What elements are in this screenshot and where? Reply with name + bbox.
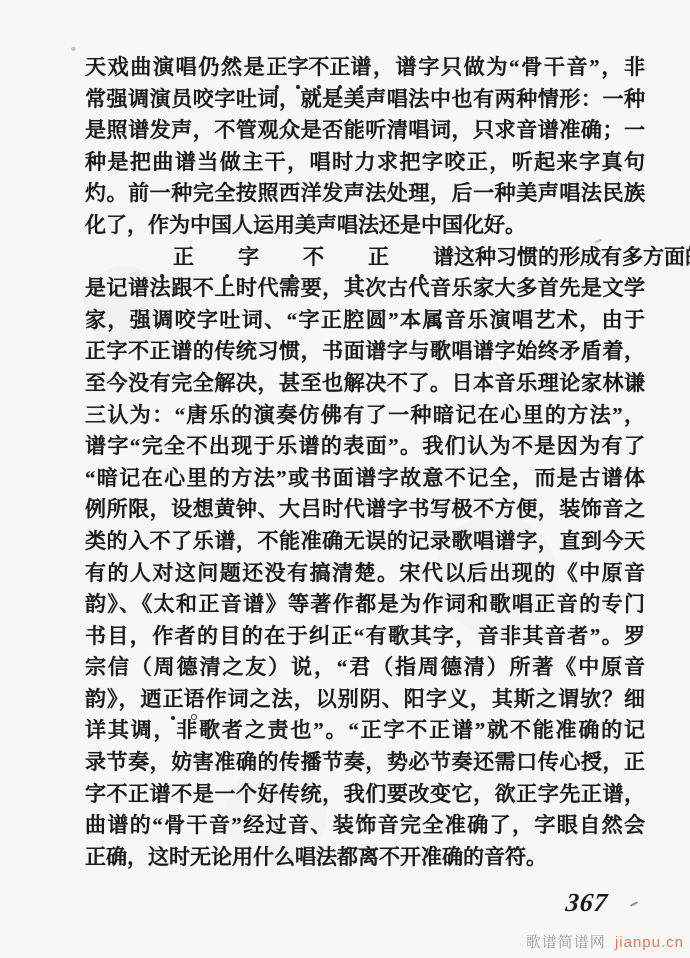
emphasized-char: 字 <box>194 242 259 274</box>
text-line: 录节奏，妨害准确的传播节奏，势必节奏还需口传心授，正 <box>85 747 645 779</box>
text-line: 是记谱法跟不上时代需要，其次古代音乐家大多首先是文学 <box>85 273 645 305</box>
text-line: 宗信（周德清之友）说，“君（指周德清）所著《中原音 <box>85 652 645 684</box>
text-line: 三认为：“唐乐的演奏仿佛有了一种暗记在心里的方法”， <box>85 400 645 432</box>
text-line: 种是把曲谱当做主干，唱时力求把字咬正，听起来字真句 <box>85 147 645 179</box>
text-line: 韵》、《太和正音谱》等著作都是为作词和歌唱正音的专门 <box>85 589 645 621</box>
emphasized-char: 正 <box>329 52 350 84</box>
emphasized-char: 正 <box>129 242 194 274</box>
text-line: 例所限，设想黄钟、大吕时代谱字书写极不方便，装饰音之 <box>85 494 645 526</box>
text-line: 化了，作为中国人运用美声唱法还是中国化好。 <box>85 210 645 242</box>
text-line: 字不正谱不是一个好传统，我们要改变它，欲正字先正谱， <box>85 779 645 811</box>
body-text: 天戏曲演唱仍然是正字不正谱，谱字只做为“骨干音”，非常强调演员咬字吐词，就是美声… <box>85 52 645 873</box>
text-line: 曲谱的“骨干音”经过音、装饰音完全准确了，字眼自然会 <box>85 810 645 842</box>
emphasized-char: 谱 <box>350 52 371 84</box>
text-line: 至今没有完全解决，甚至也解决不了。日本音乐理论家林谦 <box>85 368 645 400</box>
text-line: 有的人对这问题还没有搞清楚。宋代以后出现的《中原音 <box>85 558 645 590</box>
scan-speck <box>71 47 76 51</box>
text-line: 天戏曲演唱仍然是正字不正谱，谱字只做为“骨干音”，非 <box>85 52 645 84</box>
page-number: 367 <box>564 888 609 918</box>
text-line: 家，强调咬字吐词、“字正腔圆”本属音乐演唱艺术，由于 <box>85 305 645 337</box>
text-line: 谱字“完全不出现于乐谱的表面”。我们认为不是因为有了 <box>85 431 645 463</box>
emphasized-char: 正 <box>266 52 287 84</box>
emphasized-char: 字 <box>287 52 308 84</box>
text-line: 灼。前一种完全按照西洋发声法处理，后一种美声唱法民族 <box>85 178 645 210</box>
text-line: 类的入不了乐谱，不能准确无误的记录歌唱谱字，直到今天 <box>85 526 645 558</box>
book-page: 天戏曲演唱仍然是正字不正谱，谱字只做为“骨干音”，非常强调演员咬字吐词，就是美声… <box>0 0 690 958</box>
text-line: 正字不正谱的传统习惯，书面谱字与歌唱谱字始终矛盾着， <box>85 336 645 368</box>
emphasized-char: 正 <box>324 242 389 274</box>
emphasized-char: 正 <box>163 684 184 716</box>
emphasized-char: 语 <box>184 684 205 716</box>
text-line: 是照谱发声，不管观众是否能听清唱词，只求音谱准确；一 <box>85 115 645 147</box>
text-line: 正确，这时无论用什么唱法都离不开准确的音符。 <box>85 842 645 874</box>
text-line: 韵》，迺正语作词之法，以别阴、阳字义，其斯之谓欤？细 <box>85 684 645 716</box>
emphasized-char: 不 <box>308 52 329 84</box>
emphasized-char: 不 <box>259 242 324 274</box>
pen-tick-mark <box>630 901 638 907</box>
text-line: 正字不正谱这种习惯的形成有多方面的历史原因：主要 <box>85 242 645 274</box>
text-line: 常强调演员咬字吐词，就是美声唱法中也有两种情形：一种 <box>85 84 645 116</box>
text-line: 详其调，非歌者之责也”。“正字不正谱”就不能准确的记 <box>85 715 645 747</box>
watermark-domain: jianpu.cn <box>615 934 684 951</box>
watermark-site-name: 歌谱简谱网 <box>526 934 606 951</box>
text-line: “暗记在心里的方法”或书面谱字故意不记全，而是古谱体 <box>85 463 645 495</box>
watermark: 歌谱简谱网 jianpu.cn <box>526 931 684 952</box>
text-line: 书目，作者的目的在于纠正“有歌其字，音非其音者”。罗 <box>85 621 645 653</box>
emphasized-char: 谱 <box>389 242 454 274</box>
